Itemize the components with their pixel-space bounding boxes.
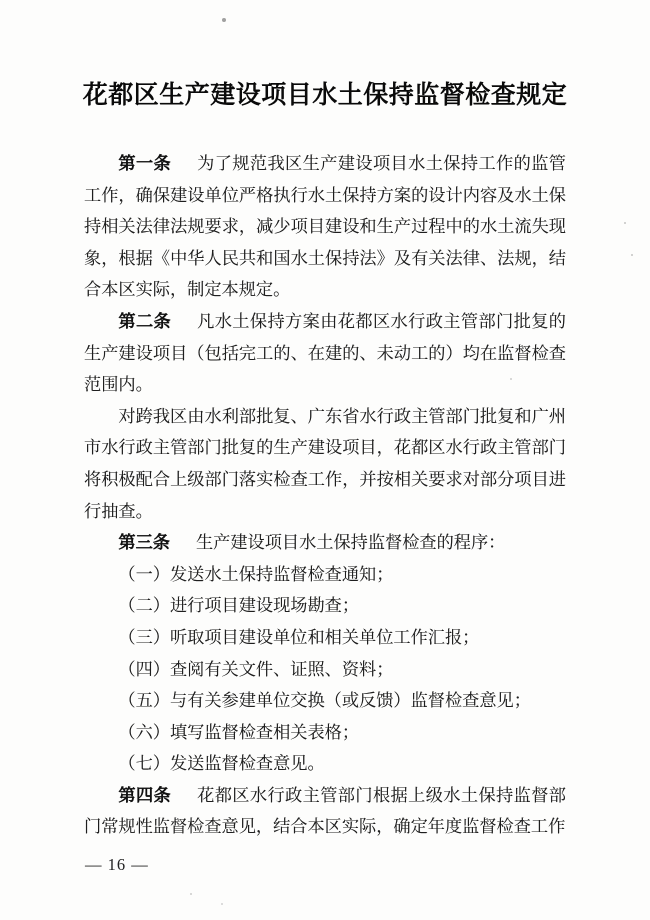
article-4-label: 第四条 bbox=[118, 786, 171, 805]
article-1: 第一条为了规范我区生产建设项目水土保持工作的监管工作，确保建设单位严格执行水土保… bbox=[84, 148, 566, 306]
scan-artifact bbox=[190, 893, 192, 895]
article-2: 第二条凡水土保持方案由花都区水行政主管部门批复的生产建设项目（包括完工的、在建的… bbox=[84, 306, 566, 401]
article-1-label: 第一条 bbox=[118, 154, 171, 173]
article-2-label: 第二条 bbox=[118, 312, 171, 331]
procedure-item-6: （六）填写监督检查相关表格； bbox=[84, 717, 566, 749]
scan-artifact bbox=[221, 903, 223, 905]
article-3-label: 第三条 bbox=[118, 533, 170, 552]
article-2-continuation-text: 对跨我区由水利部批复、广东省水行政主管部门批复和广州市水行政主管部门批复的生产建… bbox=[84, 407, 566, 521]
page-number: — 16 — bbox=[85, 855, 149, 875]
scan-artifact bbox=[222, 18, 226, 22]
procedure-item-3: （三）听取项目建设单位和相关单位工作汇报； bbox=[84, 622, 566, 654]
scan-artifact bbox=[624, 222, 626, 224]
procedure-item-2-text: （二）进行项目建设现场勘查； bbox=[118, 596, 359, 615]
procedure-item-7: （七）发送监督检查意见。 bbox=[84, 748, 566, 780]
procedure-item-3-text: （三）听取项目建设单位和相关单位工作汇报； bbox=[118, 628, 479, 647]
scan-artifact bbox=[631, 254, 633, 256]
procedure-item-7-text: （七）发送监督检查意见。 bbox=[118, 754, 324, 773]
procedure-item-5-text: （五）与有关参建单位交换（或反馈）监督检查意见； bbox=[118, 691, 531, 710]
procedure-item-2: （二）进行项目建设现场勘查； bbox=[84, 590, 566, 622]
document-body: 第一条为了规范我区生产建设项目水土保持工作的监管工作，确保建设单位严格执行水土保… bbox=[84, 148, 566, 843]
article-3: 第三条生产建设项目水土保持监督检查的程序： bbox=[84, 527, 566, 559]
article-3-text: 生产建设项目水土保持监督检查的程序： bbox=[196, 533, 505, 552]
document-title: 花都区生产建设项目水土保持监督检查规定 bbox=[0, 81, 650, 111]
article-4: 第四条花都区水行政主管部门根据上级水土保持监督部门常规性监督检查意见，结合本区实… bbox=[84, 780, 566, 843]
procedure-item-4: （四）查阅有关文件、证照、资料； bbox=[84, 654, 566, 686]
scan-artifact bbox=[510, 378, 512, 380]
procedure-item-4-text: （四）查阅有关文件、证照、资料； bbox=[118, 660, 393, 679]
procedure-item-1: （一）发送水土保持监督检查通知； bbox=[84, 559, 566, 591]
article-1-text: 为了规范我区生产建设项目水土保持工作的监管工作，确保建设单位严格执行水土保持方案… bbox=[84, 154, 566, 299]
procedure-item-5: （五）与有关参建单位交换（或反馈）监督检查意见； bbox=[84, 685, 566, 717]
procedure-item-1-text: （一）发送水土保持监督检查通知； bbox=[118, 565, 393, 584]
article-2-continuation: 对跨我区由水利部批复、广东省水行政主管部门批复和广州市水行政主管部门批复的生产建… bbox=[84, 401, 566, 527]
document-page: 花都区生产建设项目水土保持监督检查规定 第一条为了规范我区生产建设项目水土保持工… bbox=[0, 0, 650, 920]
procedure-item-6-text: （六）填写监督检查相关表格； bbox=[118, 723, 359, 742]
